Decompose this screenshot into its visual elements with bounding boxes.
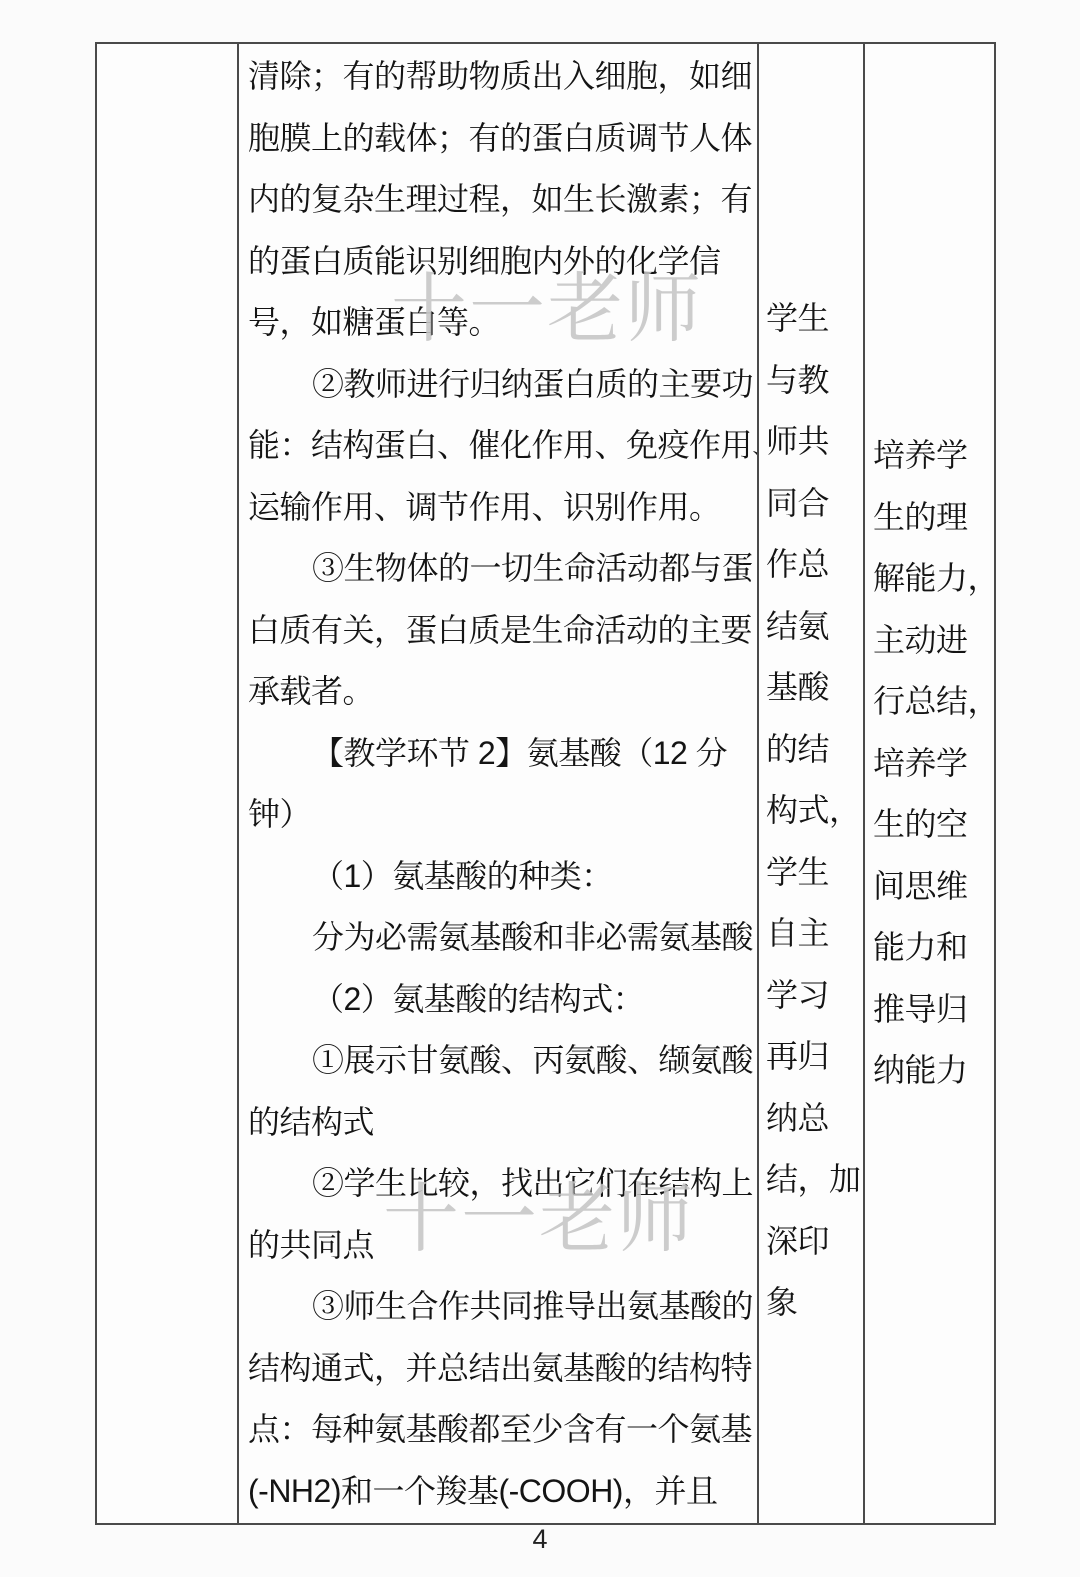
text-line: 象 — [766, 1272, 863, 1334]
text-line: 培养学 — [873, 733, 994, 795]
text-line: 号，如糖蛋白等。 — [248, 292, 753, 354]
text-line: （1）氨基酸的种类： — [248, 846, 753, 908]
text-line: (-NH2)和一个羧基(-COOH)，并且 — [248, 1461, 753, 1523]
text-line: 清除；有的帮助物质出入细胞，如细 — [248, 46, 753, 108]
text-line: 间思维 — [873, 856, 994, 918]
text-line: 行总结， — [873, 671, 994, 733]
text-line: 同合 — [766, 473, 863, 535]
text-line: 构式， — [766, 780, 863, 842]
text-line: 师共 — [766, 411, 863, 473]
text-line: ③师生合作共同推导出氨基酸的 — [248, 1276, 753, 1338]
text-line: 推导归 — [873, 979, 994, 1041]
text-line: 的蛋白质能识别细胞内外的化学信 — [248, 231, 753, 293]
text-line: 自主 — [766, 903, 863, 965]
text-line: 学生 — [766, 842, 863, 904]
text-line: 能力和 — [873, 917, 994, 979]
text-line: 【教学环节 2】氨基酸（12 分 — [248, 723, 753, 785]
text-line: 作总 — [766, 534, 863, 596]
text-line: 的共同点 — [248, 1215, 753, 1277]
text-line: 主动进 — [873, 610, 994, 672]
text-line: 培养学 — [873, 425, 994, 487]
text-line: ③生物体的一切生命活动都与蛋 — [248, 538, 753, 600]
page-number: 4 — [0, 1524, 1080, 1555]
text-line: 纳总 — [766, 1088, 863, 1150]
lesson-plan-table: 清除；有的帮助物质出入细胞，如细胞膜上的载体；有的蛋白质调节人体内的复杂生理过程… — [95, 42, 996, 1525]
text-line: 承载者。 — [248, 661, 753, 723]
text-line: 结氨 — [766, 596, 863, 658]
text-line: 与教 — [766, 350, 863, 412]
table-cell-student-activity: 学生与教师共同合作总结氨基酸的结构式，学生自主学习再归纳总结，加深印象 — [759, 44, 865, 1523]
text-line: 纳能力 — [873, 1040, 994, 1102]
text-line: 运输作用、调节作用、识别作用。 — [248, 477, 753, 539]
table-cell-design-intent: 培养学生的理解能力，主动进行总结，培养学生的空间思维能力和推导归纳能力 — [865, 44, 994, 1523]
text-line: 内的复杂生理过程，如生长激素；有 — [248, 169, 753, 231]
text-line: 再归 — [766, 1026, 863, 1088]
text-line: 胞膜上的载体；有的蛋白质调节人体 — [248, 108, 753, 170]
text-line: 结，加 — [766, 1149, 863, 1211]
text-line: 点：每种氨基酸都至少含有一个氨基 — [248, 1399, 753, 1461]
text-line: 分为必需氨基酸和非必需氨基酸 — [248, 907, 753, 969]
text-line: 钟） — [248, 784, 753, 846]
text-line: 的结构式 — [248, 1092, 753, 1154]
text-line: 解能力， — [873, 548, 994, 610]
text-line: 生的空 — [873, 794, 994, 856]
text-line: 能：结构蛋白、催化作用、免疫作用、 — [248, 415, 753, 477]
text-line: 深印 — [766, 1211, 863, 1273]
text-line: ②教师进行归纳蛋白质的主要功 — [248, 354, 753, 416]
text-line: 学生 — [766, 288, 863, 350]
text-line: 结构通式，并总结出氨基酸的结构特 — [248, 1338, 753, 1400]
text-line: 的结 — [766, 719, 863, 781]
text-line: ②学生比较，找出它们在结构上 — [248, 1153, 753, 1215]
text-line: 生的理 — [873, 487, 994, 549]
document-page: 清除；有的帮助物质出入细胞，如细胞膜上的载体；有的蛋白质调节人体内的复杂生理过程… — [0, 0, 1080, 1577]
text-line: ①展示甘氨酸、丙氨酸、缬氨酸 — [248, 1030, 753, 1092]
text-line: 学习 — [766, 965, 863, 1027]
text-line: （2）氨基酸的结构式： — [248, 969, 753, 1031]
text-line: 白质有关，蛋白质是生命活动的主要 — [248, 600, 753, 662]
text-line: 基酸 — [766, 657, 863, 719]
table-cell-empty-left — [97, 44, 239, 1523]
table-cell-teaching-process: 清除；有的帮助物质出入细胞，如细胞膜上的载体；有的蛋白质调节人体内的复杂生理过程… — [239, 44, 759, 1523]
